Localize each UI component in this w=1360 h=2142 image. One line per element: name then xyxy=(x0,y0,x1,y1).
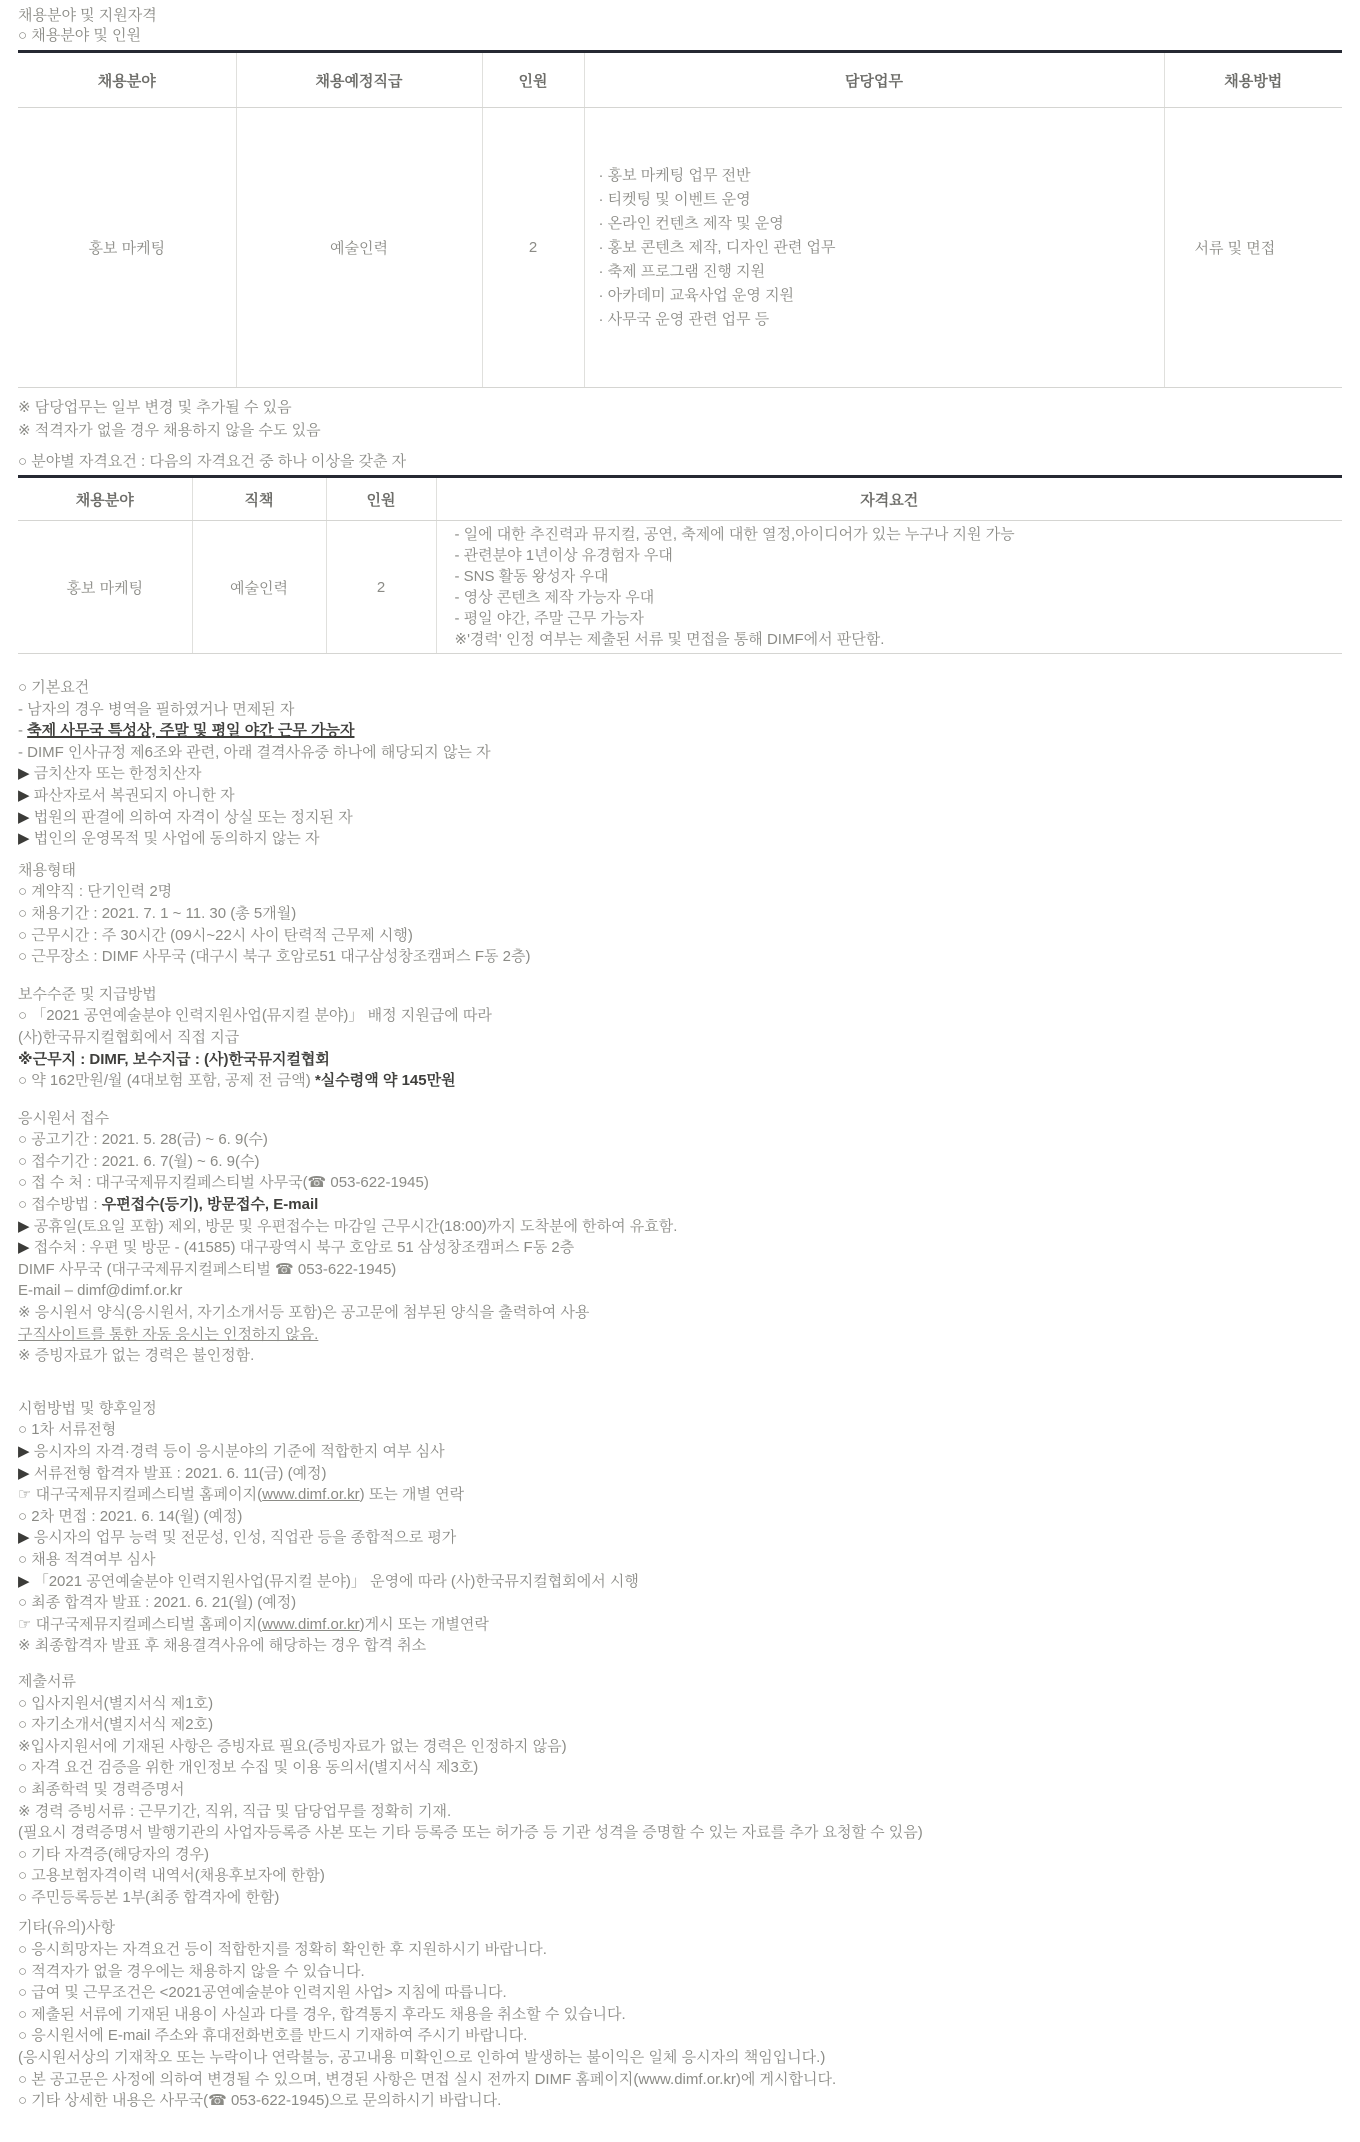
cell-duties: · 홍보 마케팅 업무 전반· 티켓팅 및 이벤트 운영· 온라인 컨텐츠 제작… xyxy=(584,108,1164,388)
cell-field: 홍보 마케팅 xyxy=(18,108,236,388)
arrow-marker: ▶ xyxy=(18,830,30,847)
text-line: ▶ 응시자의 업무 능력 및 전문성, 인성, 직업관 등을 종합적으로 평가 xyxy=(18,1527,1342,1549)
text-line: ▶ 법원의 판결에 의하여 자격이 상실 또는 정지된 자 xyxy=(18,807,1342,829)
document-title: 채용분야 및 지원자격 xyxy=(18,6,1342,26)
text-line: - DIMF 인사규정 제6조와 관련, 아래 결격사유중 하나에 해당되지 않… xyxy=(18,742,1342,764)
text-line: 응시원서 접수 xyxy=(18,1108,1342,1130)
section-required-documents: 제출서류○ 입사지원서(별지서식 제1호)○ 자기소개서(별지서식 제2호)※입… xyxy=(18,1671,1342,1909)
text-line: 구직사이트를 통한 자동 응시는 인정하지 않음. xyxy=(18,1324,1342,1346)
arrow-marker: ▶ xyxy=(18,787,30,804)
col-header-position: 직책 xyxy=(192,477,326,521)
qualifications-list: - 일에 대한 추진력과 뮤지컬, 공연, 축제에 대한 열정,아이디어가 있는… xyxy=(455,524,1331,650)
text-line: ○ 주민등록등본 1부(최종 합격자에 한함) xyxy=(18,1887,1342,1909)
text-line: ▶ 파산자로서 복권되지 아니한 자 xyxy=(18,785,1342,807)
text-line: ▶ 법인의 운영목적 및 사업에 동의하지 않는 자 xyxy=(18,828,1342,850)
col-header-count: 인원 xyxy=(326,477,436,521)
text-line: ○ 근무장소 : DIMF 사무국 (대구시 북구 호암로51 대구삼성창조캠퍼… xyxy=(18,946,1342,968)
arrow-marker: ▶ xyxy=(18,1529,30,1546)
duty-line: · 홍보 마케팅 업무 전반 xyxy=(599,164,1154,188)
text-line: (응시원서상의 기재착오 또는 누락이나 연락불능, 공고내용 미확인으로 인하… xyxy=(18,2047,1342,2069)
section-other-notes: 기타(유의)사항○ 응시희망자는 자격요건 등이 적합한지를 정확히 확인한 후… xyxy=(18,1917,1342,2111)
cell-count: 2 xyxy=(482,108,584,388)
text-line: ※ 경력 증빙서류 : 근무기간, 직위, 직급 및 담당업무를 정확히 기재. xyxy=(18,1801,1342,1823)
text-line: E-mail – dimf@dimf.or.kr xyxy=(18,1280,1342,1302)
text-line: ※ 최종합격자 발표 후 채용결격사유에 해당하는 경우 합격 취소 xyxy=(18,1635,1342,1657)
text-line: - 남자의 경우 병역을 필하였거나 면제된 자 xyxy=(18,699,1342,721)
duty-line: · 온라인 컨텐츠 제작 및 운영 xyxy=(599,212,1154,236)
duties-list: · 홍보 마케팅 업무 전반· 티켓팅 및 이벤트 운영· 온라인 컨텐츠 제작… xyxy=(599,164,1154,332)
duty-line: · 티켓팅 및 이벤트 운영 xyxy=(599,188,1154,212)
text-line: ○ 적격자가 없을 경우에는 채용하지 않을 수 있습니다. xyxy=(18,1961,1342,1983)
duty-line: · 축제 프로그램 진행 지원 xyxy=(599,260,1154,284)
arrow-marker: ▶ xyxy=(18,765,30,782)
qualification-line: - 관련분야 1년이상 유경험자 우대 xyxy=(455,545,1331,566)
text-line: 제출서류 xyxy=(18,1671,1342,1693)
text-line: ○ 계약직 : 단기인력 2명 xyxy=(18,881,1342,903)
text-line: ○ 접 수 처 : 대구국제뮤지컬페스티벌 사무국(☎ 053-622-1945… xyxy=(18,1172,1342,1194)
text-line: 기타(유의)사항 xyxy=(18,1917,1342,1939)
text-line: (사)한국뮤지컬협회에서 직접 지급 xyxy=(18,1027,1342,1049)
qualification-line: - 평일 야간, 주말 근무 가능자 xyxy=(455,608,1331,629)
qualification-line: ※'경력' 인정 여부는 제출된 서류 및 면접을 통해 DIMF에서 판단함. xyxy=(455,629,1331,650)
text-line: ☞ 대구국제뮤지컬페스티벌 홈페이지(www.dimf.or.kr)게시 또는 … xyxy=(18,1614,1342,1636)
text-line: - 축제 사무국 특성상, 주말 및 평일 야간 근무 가능자 xyxy=(18,720,1342,742)
text-line: ○ 최종 합격자 발표 : 2021. 6. 21(월) (예정) xyxy=(18,1592,1342,1614)
text-line: 보수수준 및 지급방법 xyxy=(18,984,1342,1006)
text-line: ▶ 서류전형 합격자 발표 : 2021. 6. 11(금) (예정) xyxy=(18,1463,1342,1485)
note-line: ※ 담당업무는 일부 변경 및 추가될 수 있음 xyxy=(18,396,1342,419)
text-line: ○ 응시희망자는 자격요건 등이 적합한지를 정확히 확인한 후 지원하시기 바… xyxy=(18,1939,1342,1961)
col-header-grade: 채용예정직급 xyxy=(236,52,482,108)
text-line: ※ 증빙자료가 없는 경력은 불인정함. xyxy=(18,1345,1342,1367)
text-line: ○ 공고기간 : 2021. 5. 28(금) ~ 6. 9(수) xyxy=(18,1129,1342,1151)
text-line: ○ 접수방법 : 우편접수(등기), 방문접수, E-mail xyxy=(18,1194,1342,1216)
text-line: ○ 2차 면접 : 2021. 6. 14(월) (예정) xyxy=(18,1506,1342,1528)
section-heading-recruit-field: ○ 채용분야 및 인원 xyxy=(18,26,1342,46)
text-line: ※근무지 : DIMF, 보수지급 : (사)한국뮤지컬협회 xyxy=(18,1049,1342,1071)
text-line: ○ 최종학력 및 경력증명서 xyxy=(18,1779,1342,1801)
arrow-marker: ▶ xyxy=(18,1443,30,1460)
text-line: ※ 응시원서 양식(응시원서, 자기소개서등 포함)은 공고문에 첨부된 양식을… xyxy=(18,1302,1342,1324)
arrow-marker: ▶ xyxy=(18,1239,30,1256)
col-header-field: 채용분야 xyxy=(18,52,236,108)
section-compensation: 보수수준 및 지급방법○ 「2021 공연예술분야 인력지원사업(뮤지컬 분야)… xyxy=(18,984,1342,1092)
qualification-line: - 영상 콘텐츠 제작 가능자 우대 xyxy=(455,587,1331,608)
col-header-method: 채용방법 xyxy=(1164,52,1342,108)
arrow-marker: ▶ xyxy=(18,1465,30,1482)
text-line: ※입사지원서에 기재된 사항은 증빙자료 필요(증빙자료가 없는 경력은 인정하… xyxy=(18,1736,1342,1758)
cell-position: 예술인력 xyxy=(192,521,326,654)
text-line: ○ 기타 자격증(해당자의 경우) xyxy=(18,1844,1342,1866)
text-line: (필요시 경력증명서 발행기관의 사업자등록증 사본 또는 기타 등록증 또는 … xyxy=(18,1822,1342,1844)
text-line: DIMF 사무국 (대구국제뮤지컬페스티벌 ☎ 053-622-1945) xyxy=(18,1259,1342,1281)
text-line: ○ 1차 서류전형 xyxy=(18,1419,1342,1441)
qualification-line: - 일에 대한 추진력과 뮤지컬, 공연, 축제에 대한 열정,아이디어가 있는… xyxy=(455,524,1331,545)
text-line: ○ 제출된 서류에 기재된 내용이 사실과 다를 경우, 합격통지 후라도 채용… xyxy=(18,2004,1342,2026)
text-line: ○ 자격 요건 검증을 위한 개인정보 수집 및 이용 동의서(별지서식 제3호… xyxy=(18,1757,1342,1779)
cell-grade: 예술인력 xyxy=(236,108,482,388)
cell-method: 서류 및 면접 xyxy=(1164,108,1342,388)
text-line: ○ 기본요건 xyxy=(18,677,1342,699)
text-line: ○ 응시원서에 E-mail 주소와 휴대전화번호를 반드시 기재하여 주시기 … xyxy=(18,2025,1342,2047)
table-notes: ※ 담당업무는 일부 변경 및 추가될 수 있음※ 적격자가 없을 경우 채용하… xyxy=(18,396,1342,442)
cell-field: 홍보 마케팅 xyxy=(18,521,192,654)
text-line: ▶ 공휴일(토요일 포함) 제외, 방문 및 우편접수는 마감일 근무시간(18… xyxy=(18,1216,1342,1238)
arrow-marker: ▶ xyxy=(18,1573,30,1590)
section-application-submission: 응시원서 접수○ 공고기간 : 2021. 5. 28(금) ~ 6. 9(수)… xyxy=(18,1108,1342,1367)
text-line: ○ 채용기간 : 2021. 7. 1 ~ 11. 30 (총 5개월) xyxy=(18,903,1342,925)
cell-count: 2 xyxy=(326,521,436,654)
text-line: 시험방법 및 향후일정 xyxy=(18,1398,1342,1420)
qualification-table-header-row: 채용분야 직책 인원 자격요건 xyxy=(18,477,1342,521)
section-heading-qualification-table: ○ 분야별 자격요건 : 다음의 자격요건 중 하나 이상을 갖춘 자 xyxy=(18,452,1342,472)
col-header-count: 인원 xyxy=(482,52,584,108)
duty-line: · 사무국 운영 관련 업무 등 xyxy=(599,308,1154,332)
section-exam-schedule: 시험방법 및 향후일정○ 1차 서류전형▶ 응시자의 자격·경력 등이 응시분야… xyxy=(18,1398,1342,1657)
arrow-marker: ▶ xyxy=(18,809,30,826)
text-line: ▶ 접수처 : 우편 및 방문 - (41585) 대구광역시 북구 호암로 5… xyxy=(18,1237,1342,1259)
text-line: ○ 「2021 공연예술분야 인력지원사업(뮤지컬 분야)」 배정 지원급에 따… xyxy=(18,1005,1342,1027)
col-header-qualifications: 자격요건 xyxy=(436,477,1342,521)
recruitment-table-header-row: 채용분야 채용예정직급 인원 담당업무 채용방법 xyxy=(18,52,1342,108)
text-line: ☞ 대구국제뮤지컬페스티벌 홈페이지(www.dimf.or.kr) 또는 개별… xyxy=(18,1484,1342,1506)
text-line: ○ 채용 적격여부 심사 xyxy=(18,1549,1342,1571)
qualification-line: - SNS 활동 왕성자 우대 xyxy=(455,566,1331,587)
col-header-field: 채용분야 xyxy=(18,477,192,521)
note-line: ※ 적격자가 없을 경우 채용하지 않을 수도 있음 xyxy=(18,419,1342,442)
text-line: ○ 약 162만원/월 (4대보험 포함, 공제 전 금액) *실수령액 약 1… xyxy=(18,1070,1342,1092)
job-posting-document: 채용분야 및 지원자격 ○ 채용분야 및 인원 채용분야 채용예정직급 인원 담… xyxy=(0,0,1360,2142)
text-line: ▶ 「2021 공연예술분야 인력지원사업(뮤지컬 분야)」 운영에 따라 (사… xyxy=(18,1571,1342,1593)
body-sections: ○ 기본요건- 남자의 경우 병역을 필하였거나 면제된 자- 축제 사무국 특… xyxy=(18,677,1342,2112)
duty-line: · 홍보 콘텐츠 제작, 디자인 관련 업무 xyxy=(599,236,1154,260)
duty-line: · 아카데미 교육사업 운영 지원 xyxy=(599,284,1154,308)
qualification-table: 채용분야 직책 인원 자격요건 홍보 마케팅 예술인력 2 - 일에 대한 추진… xyxy=(18,475,1342,654)
text-line: ○ 근무시간 : 주 30시간 (09시~22시 사이 탄력적 근무제 시행) xyxy=(18,925,1342,947)
qualification-table-row: 홍보 마케팅 예술인력 2 - 일에 대한 추진력과 뮤지컬, 공연, 축제에 … xyxy=(18,521,1342,654)
section-employment-type: 채용형태○ 계약직 : 단기인력 2명○ 채용기간 : 2021. 7. 1 ~… xyxy=(18,860,1342,968)
text-line: ▶ 금치산자 또는 한정치산자 xyxy=(18,763,1342,785)
arrow-marker: ▶ xyxy=(18,1218,30,1235)
cell-qualifications: - 일에 대한 추진력과 뮤지컬, 공연, 축제에 대한 열정,아이디어가 있는… xyxy=(436,521,1342,654)
text-line: ○ 급여 및 근무조건은 <2021공연예술분야 인력지원 사업> 지침에 따릅… xyxy=(18,1982,1342,2004)
text-line: ▶ 응시자의 자격·경력 등이 응시분야의 기준에 적합한지 여부 심사 xyxy=(18,1441,1342,1463)
text-line: ○ 접수기간 : 2021. 6. 7(월) ~ 6. 9(수) xyxy=(18,1151,1342,1173)
text-line: 채용형태 xyxy=(18,860,1342,882)
text-line: ○ 기타 상세한 내용은 사무국(☎ 053-622-1945)으로 문의하시기… xyxy=(18,2090,1342,2112)
text-line: ○ 본 공고문은 사정에 의하여 변경될 수 있으며, 변경된 사항은 면접 실… xyxy=(18,2069,1342,2091)
text-line: ○ 입사지원서(별지서식 제1호) xyxy=(18,1693,1342,1715)
col-header-duties: 담당업무 xyxy=(584,52,1164,108)
text-line: ○ 자기소개서(별지서식 제2호) xyxy=(18,1714,1342,1736)
recruitment-table: 채용분야 채용예정직급 인원 담당업무 채용방법 홍보 마케팅 예술인력 2 ·… xyxy=(18,50,1342,388)
section-basic-requirements: ○ 기본요건- 남자의 경우 병역을 필하였거나 면제된 자- 축제 사무국 특… xyxy=(18,677,1342,850)
recruitment-table-row: 홍보 마케팅 예술인력 2 · 홍보 마케팅 업무 전반· 티켓팅 및 이벤트 … xyxy=(18,108,1342,388)
text-line: ○ 고용보험자격이력 내역서(채용후보자에 한함) xyxy=(18,1865,1342,1887)
